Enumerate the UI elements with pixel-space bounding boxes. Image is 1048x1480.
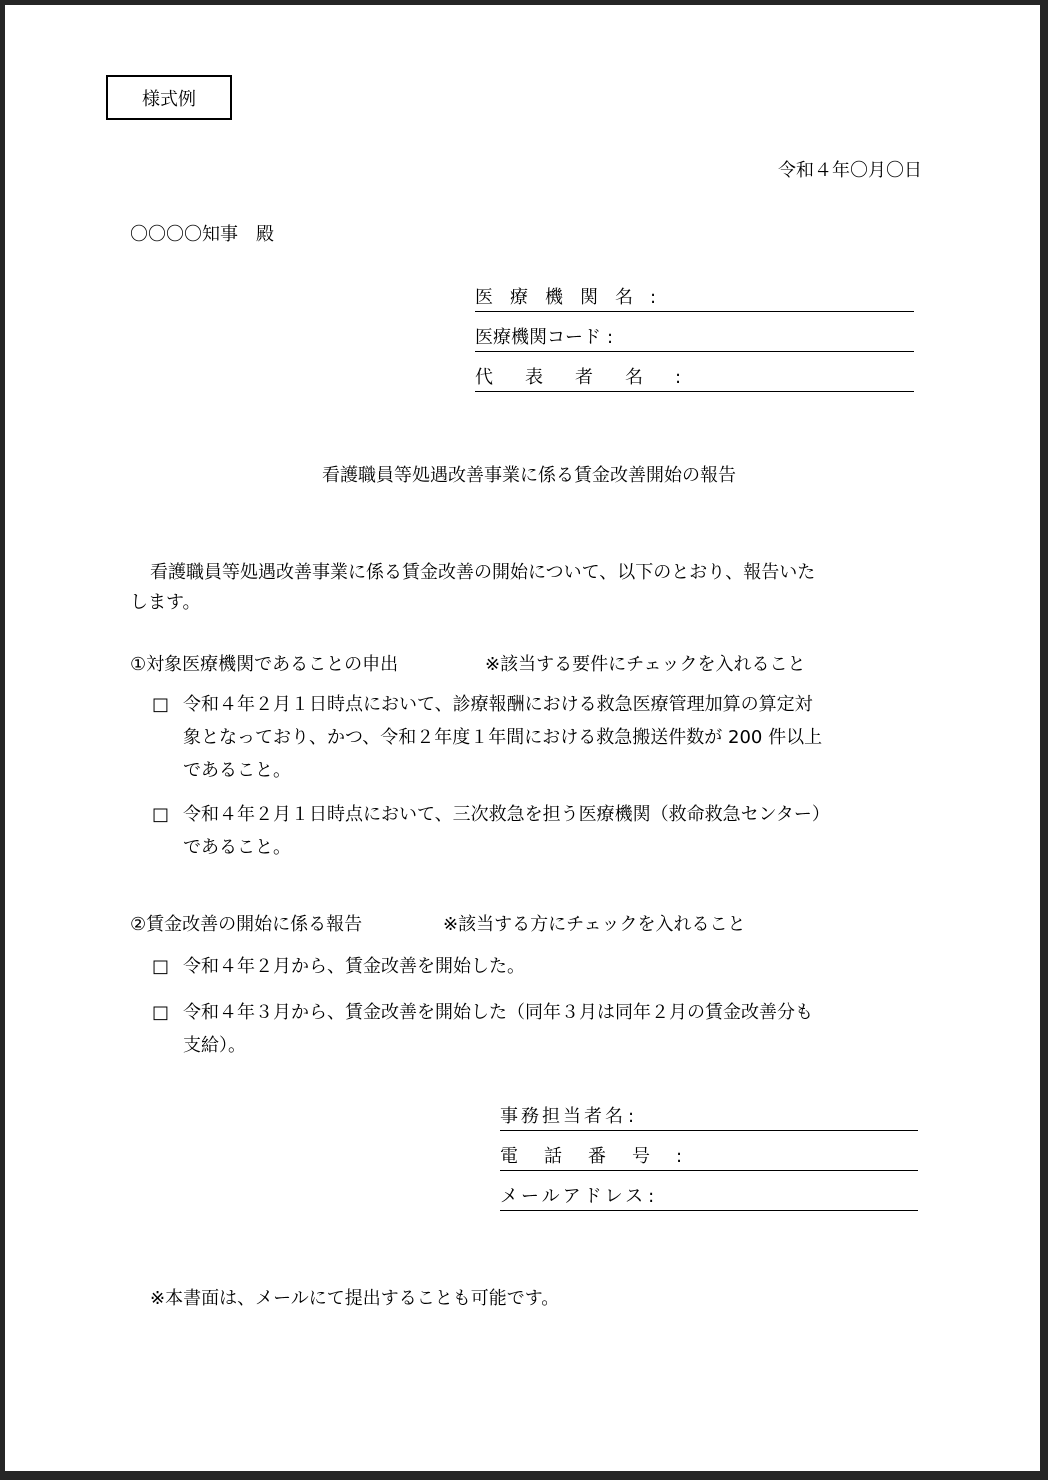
institution-name-field[interactable]: 医療機関名: [475, 285, 914, 312]
form-label: 様式例 [142, 85, 196, 111]
document-page: 様式例 令和４年〇月〇日 〇〇〇〇知事 殿 医療機関名: 医療機関コード: 代表… [5, 5, 1040, 1471]
phone-number-label: 電話番号 [500, 1144, 676, 1170]
institution-code-field[interactable]: 医療機関コード: [475, 325, 914, 352]
checkbox-icon[interactable]: □ [152, 688, 174, 721]
section1-heading: ①対象医療機関であることの申出 [130, 653, 398, 677]
email-address-label: メールアドレス [500, 1184, 646, 1210]
document-title: 看護職員等処遇改善事業に係る賃金改善開始の報告 [5, 464, 1048, 488]
institution-code-label: 医療機関コード [475, 325, 601, 351]
email-address-field[interactable]: メールアドレス: [500, 1184, 918, 1211]
representative-name-field[interactable]: 代表者名: [475, 365, 914, 392]
representative-name-label: 代表者名 [475, 365, 675, 391]
contact-person-label: 事務担当者名 [500, 1104, 626, 1130]
intro-line-1: 看護職員等処遇改善事業に係る賃金改善の開始について、以下のとおり、報告いた [150, 561, 815, 585]
institution-name-label: 医療機関名 [475, 285, 650, 311]
checkbox-icon[interactable]: □ [152, 996, 174, 1029]
section2-heading: ②賃金改善の開始に係る報告 [130, 913, 362, 937]
form-label-box: 様式例 [106, 75, 232, 120]
addressee: 〇〇〇〇知事 殿 [130, 223, 274, 247]
section1-note: ※該当する要件にチェックを入れること [485, 653, 806, 677]
intro-line-2: します。 [130, 591, 201, 615]
checkbox-icon[interactable]: □ [152, 798, 174, 831]
section2-note: ※該当する方にチェックを入れること [443, 913, 746, 937]
document-date: 令和４年〇月〇日 [778, 159, 922, 183]
checkbox-icon[interactable]: □ [152, 950, 174, 983]
contact-person-field[interactable]: 事務担当者名: [500, 1104, 918, 1131]
footer-note: ※本書面は、メールにて提出することも可能です。 [150, 1287, 559, 1311]
phone-number-field[interactable]: 電話番号: [500, 1144, 918, 1171]
